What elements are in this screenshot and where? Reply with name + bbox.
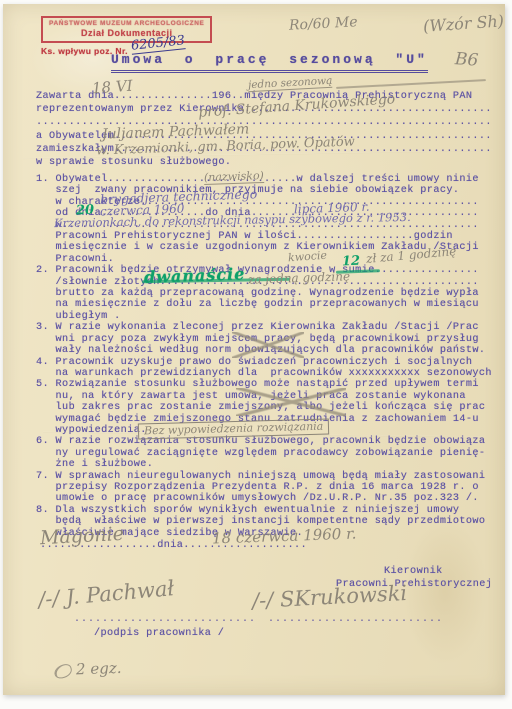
typed-line: żne i służbowe.: [36, 459, 492, 470]
typed-line: 6. W razie rozwiązania stosunku służbowe…: [36, 436, 492, 447]
typed-line: na miesięcznie z dołu za liczbę godzin p…: [36, 299, 492, 310]
typed-line: ubiegłym .: [36, 311, 492, 322]
pencil-scribble-mark: [53, 662, 74, 680]
stamp-institution: PAŃSTWOWE MUZEUM ARCHEOLOGICZNE: [49, 20, 204, 27]
typed-line: 7. W sprawach nieuregulowanych niniejszą…: [36, 471, 492, 482]
worker-signature-line: ..........................: [74, 614, 256, 625]
registry-stamp-box: PAŃSTWOWE MUZEUM ARCHEOLOGICZNE Dział Do…: [41, 16, 212, 43]
contract-paper: PAŃSTWOWE MUZEUM ARCHEOLOGICZNE Dział Do…: [3, 4, 505, 695]
strike-x-mark: [232, 332, 304, 358]
director-signature: /-/ SKrukowski: [251, 581, 407, 613]
pencil-corner-mark: B6: [454, 49, 479, 71]
pencil-strike-mark: [336, 79, 486, 89]
pencil-copies-note: 2 egz.: [54, 659, 122, 679]
pencil-name-hint: (nazwisko): [204, 169, 264, 185]
pencil-top-code: Ro/60 Me: [289, 14, 358, 34]
green-hourly-rate: 12: [342, 254, 361, 270]
worker-signature-caption: /podpis pracownika /: [94, 628, 224, 639]
typed-line: przepisy Rozporządzenia Prezydenta R.P. …: [36, 482, 492, 493]
signer-title: Kierownik: [384, 566, 443, 577]
typed-line: brutto za każdą przepracowaną godzinę. W…: [36, 288, 492, 299]
handwritten-closing-date: 18 czerwca 1960 r.: [212, 524, 357, 547]
copies-note-text: 2 egz.: [76, 659, 122, 679]
registry-stamp: PAŃSTWOWE MUZEUM ARCHEOLOGICZNE Dział Do…: [41, 16, 212, 56]
typed-line: 4. Pracownik uzyskuje prawo do świadczeń…: [36, 357, 492, 368]
typed-line: ny uregulować zaciągnięte względem praco…: [36, 448, 492, 459]
worker-signature: /-/ J. Pachwał: [37, 576, 175, 612]
director-signature-line: .........................: [268, 614, 443, 625]
handwritten-contract-date: 18 VI: [91, 77, 133, 98]
document-title: Umowa o pracę sezonową "U": [111, 52, 428, 73]
strike-x-mark: [236, 388, 346, 416]
green-rate-words: dwanaście: [144, 264, 246, 287]
pencil-model-note: (Wzór Sh): [422, 11, 504, 36]
typed-line: 8. Dla wszystkich sporów wynikłych ewent…: [36, 505, 492, 516]
typed-line: Pracowni Prehistorycznej PAN w ilości...…: [36, 231, 492, 242]
scanned-document-screen: PAŃSTWOWE MUZEUM ARCHEOLOGICZNE Dział Do…: [0, 0, 512, 709]
pencil-rate-word: kwocie: [288, 249, 328, 265]
typed-line: umowie o pracę pracowników umysłowych /D…: [36, 493, 492, 504]
typed-line: na warunkach przewidzianych dla pracowni…: [36, 368, 492, 379]
handwritten-place: Magonie: [39, 523, 124, 549]
